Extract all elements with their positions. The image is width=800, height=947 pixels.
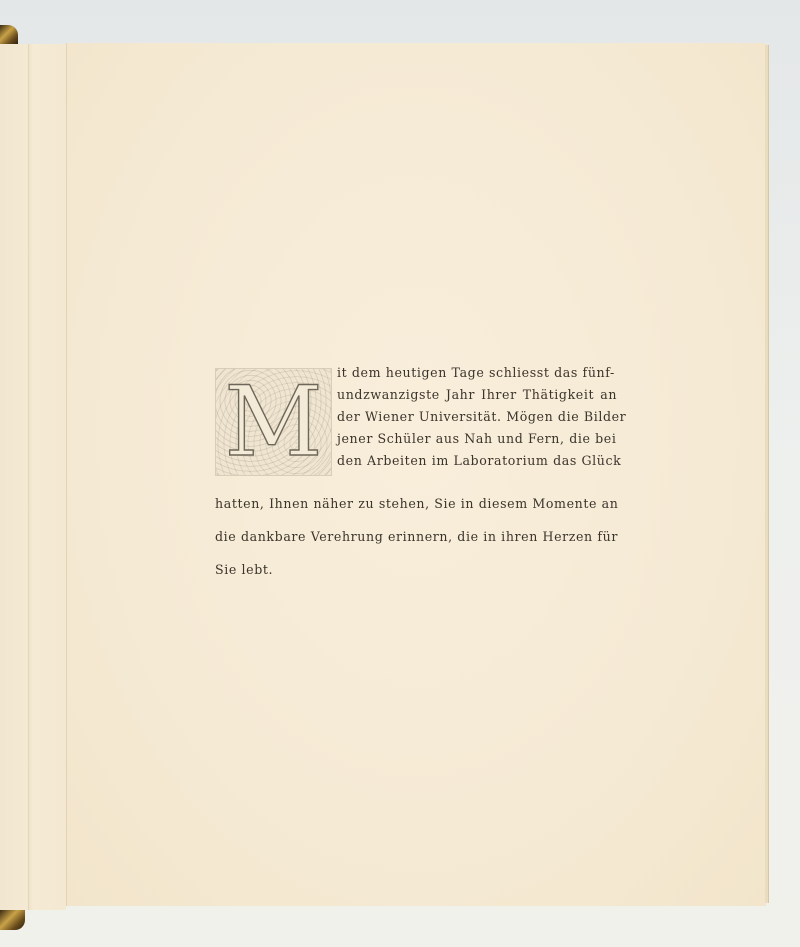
text-line: hatten, Ihnen näher zu stehen, Sie in di… [215,494,618,514]
initial-letter: M [216,369,331,475]
left-page-stack [0,44,66,910]
page-edge-line [28,44,29,910]
page-right-edge [765,45,769,903]
text-line: it dem heutigen Tage schliesst das fünf- [337,363,615,383]
text-line: den Arbeiten im Laboratorium das Glück [337,451,621,471]
text-line: Sie lebt. [215,560,273,580]
text-line: die dankbare Verehrung erinnern, die in … [215,527,618,547]
text-line: jener Schüler aus Nah und Fern, die bei [337,429,617,449]
text-line: der Wiener Universität. Mögen die Bilder [337,407,626,427]
book-page [66,43,766,906]
text-line: undzwanzigste Jahr Ihrer Thätigkeit an [337,385,617,405]
book-cover-corner-bottom [0,910,25,930]
book-cover-corner-top [0,25,18,45]
ornamental-initial: M [215,368,332,476]
